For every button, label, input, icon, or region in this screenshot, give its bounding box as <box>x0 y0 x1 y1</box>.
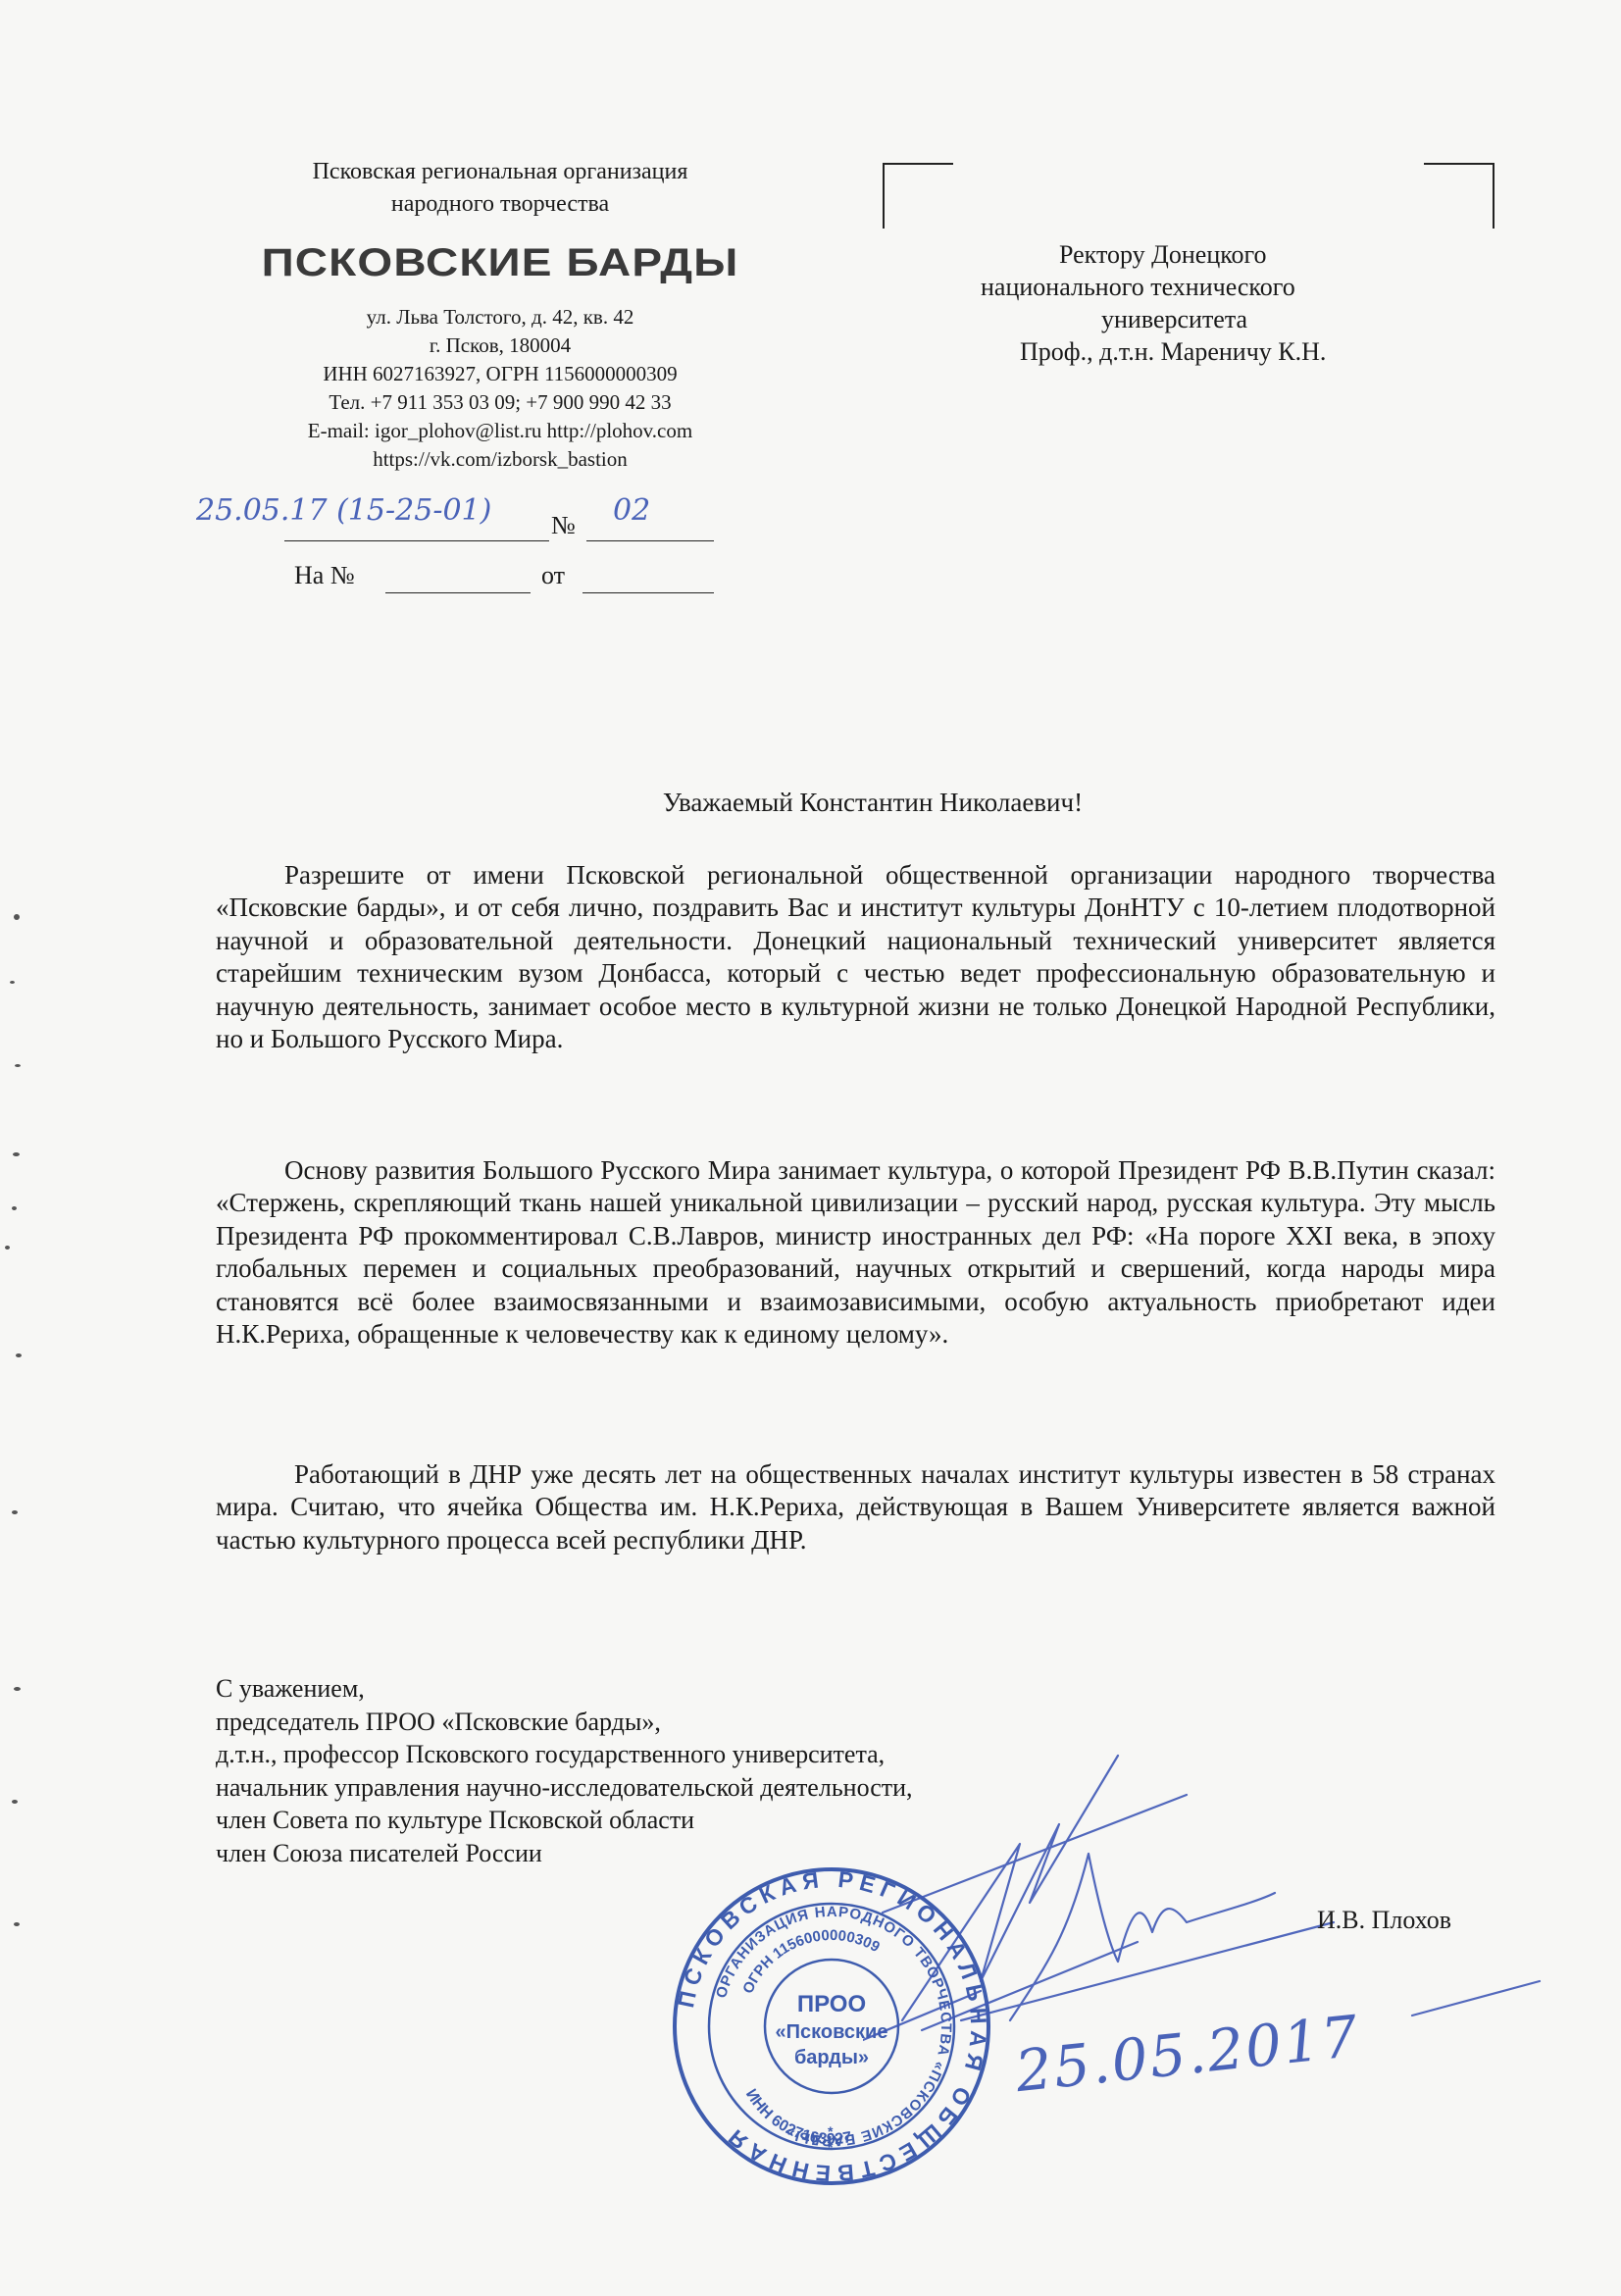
letter-page: Псковская региональная организация народ… <box>0 0 1621 2296</box>
reply-number-label: На № <box>294 561 355 590</box>
recipient-line4: Проф., д.т.н. Мареничу К.Н. <box>1020 335 1559 368</box>
org-name-line1: Псковская региональная организация <box>235 157 765 186</box>
scan-speck <box>14 914 20 920</box>
closing-block: С уважением, председатель ПРОО «Псковски… <box>216 1672 913 1869</box>
body-paragraph-3-text: Работающий в ДНР уже десять лет на общес… <box>216 1459 1495 1555</box>
body-paragraph-3: Работающий в ДНР уже десять лет на общес… <box>216 1458 1495 1556</box>
org-ids: ИНН 6027163927, ОГРН 1156000000309 <box>235 360 765 388</box>
stamp-inn-text: ИНН 6027163927 <box>742 2086 853 2148</box>
stamp-center-line3: барды» <box>794 2047 869 2068</box>
scan-speck <box>10 981 15 984</box>
reg-number-underline <box>586 540 714 541</box>
scan-speck <box>14 1922 20 1926</box>
scan-speck <box>12 1206 17 1210</box>
org-phones: Тел. +7 911 353 03 09; +7 900 990 42 33 <box>235 388 765 417</box>
body-paragraph-2: Основу развития Большого Русского Мира з… <box>216 1154 1495 1351</box>
org-brand-title: ПСКОВСКИЕ БАРДЫ <box>196 241 805 285</box>
reply-from-label: от <box>541 561 565 590</box>
org-address: ул. Льва Толстого, д. 42, кв. 42 <box>235 303 765 332</box>
address-corner-left <box>883 163 953 229</box>
org-city: г. Псков, 180004 <box>235 332 765 360</box>
stamp-center-line1: ПРОО <box>797 1991 866 2017</box>
signer-name: И.В. Плохов <box>1317 1906 1451 1935</box>
scan-speck <box>12 1800 18 1804</box>
handwritten-reg-number: 02 <box>613 493 650 528</box>
reply-number-underline <box>385 592 531 593</box>
scan-speck <box>15 1064 21 1067</box>
closing-title-4: член Совета по культуре Псковской област… <box>216 1804 913 1837</box>
svg-text:ИНН 6027163927: ИНН 6027163927 <box>742 2086 853 2148</box>
body-paragraph-1-text: Разрешите от имени Псковской регионально… <box>216 860 1495 1053</box>
reply-date-underline <box>583 592 714 593</box>
closing-title-2: д.т.н., профессор Псковского государстве… <box>216 1738 913 1771</box>
salutation: Уважаемый Константин Николаевич! <box>216 788 1530 818</box>
closing-title-3: начальник управления научно-исследовател… <box>216 1771 913 1805</box>
recipient-line2: национального технического <box>981 271 1520 303</box>
closing-regards: С уважением, <box>216 1672 913 1706</box>
scan-speck <box>5 1246 10 1250</box>
org-contacts: E-mail: igor_plohov@list.ru http://ploho… <box>235 417 765 445</box>
reg-number-label: № <box>551 511 576 540</box>
recipient-line1: Ректору Донецкого <box>941 238 1598 271</box>
handwritten-reg-date: 25.05.17 (15-25-01) <box>196 493 491 528</box>
scan-speck <box>16 1353 22 1357</box>
org-vk-link: https://vk.com/izborsk_bastion <box>235 445 765 474</box>
svg-text:*: * <box>828 2123 834 2139</box>
recipient-line3: университета <box>1101 303 1621 335</box>
scan-speck <box>14 1687 21 1691</box>
handwritten-signature <box>863 1608 1549 2060</box>
org-name-line2: народного творчества <box>235 189 765 219</box>
reg-date-underline <box>284 540 549 541</box>
svg-text:*: * <box>828 2139 834 2155</box>
scan-speck <box>12 1510 18 1514</box>
scan-speck <box>13 1152 20 1156</box>
body-paragraph-2-text: Основу развития Большого Русского Мира з… <box>216 1155 1495 1349</box>
body-paragraph-1: Разрешите от имени Псковской регионально… <box>216 859 1495 1055</box>
address-corner-right <box>1424 163 1494 229</box>
closing-title-1: председатель ПРОО «Псковские барды», <box>216 1706 913 1739</box>
registration-block: 25.05.17 (15-25-01) № 02 <box>196 495 716 542</box>
